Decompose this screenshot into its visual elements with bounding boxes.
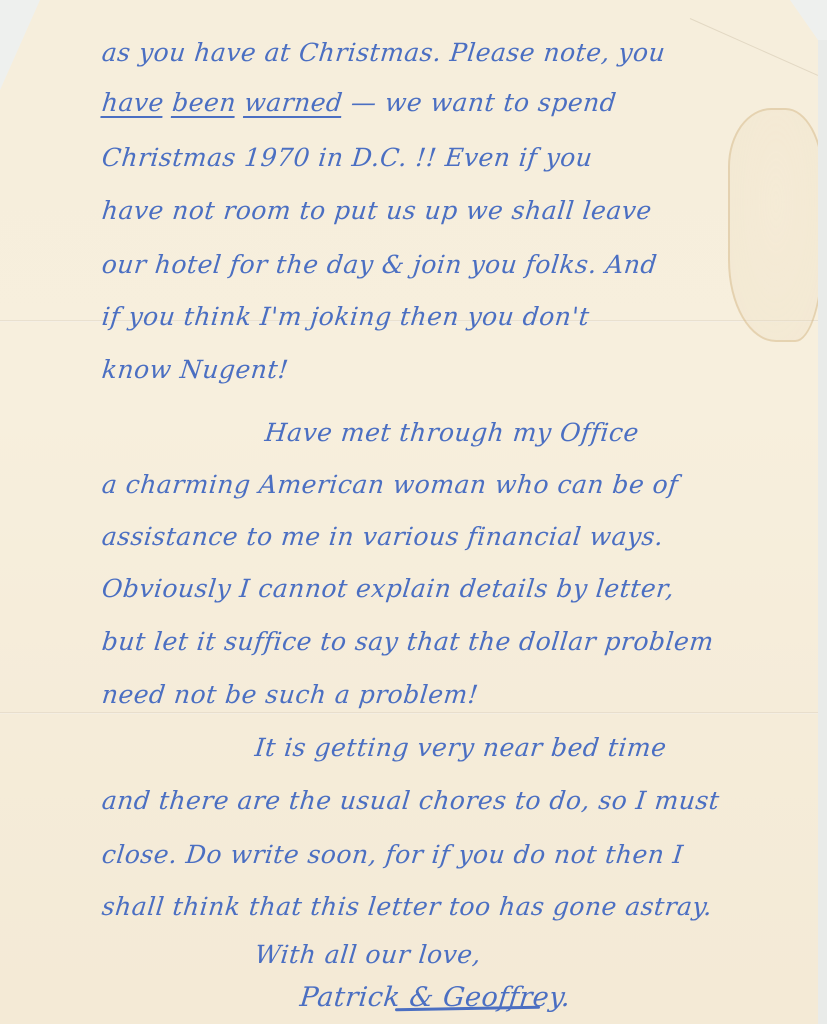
underlined-word-been: been xyxy=(171,88,238,117)
letter-line-3: Christmas 1970 in D.C. !! Even if you xyxy=(100,143,594,172)
fold-line-lower xyxy=(0,712,820,714)
letter-line-4: have not room to put us up we shall leav… xyxy=(100,196,653,225)
letter-line-7: know Nugent! xyxy=(100,355,290,384)
tea-stain xyxy=(728,108,824,342)
letter-line-1: as you have at Christmas. Please note, y… xyxy=(100,38,666,67)
letter-line-5: our hotel for the day & join you folks. … xyxy=(100,250,658,279)
closing-salutation: With all our love, xyxy=(253,940,482,969)
paragraph-2-line-4: Obviously I cannot explain details by le… xyxy=(100,574,675,603)
paragraph-3-line-4: shall think that this letter too has gon… xyxy=(100,892,713,921)
paragraph-3-line-3: close. Do write soon, for if you do not … xyxy=(100,840,684,869)
paragraph-3-line-2: and there are the usual chores to do, so… xyxy=(100,786,721,815)
paragraph-2-line-3: assistance to me in various financial wa… xyxy=(100,522,665,551)
paragraph-3-line-1: It is getting very near bed time xyxy=(253,733,668,762)
paragraph-2-line-5: but let it suffice to say that the dolla… xyxy=(100,627,715,656)
underlined-word-warned: warned xyxy=(243,88,344,117)
letter-page: as you have at Christmas. Please note, y… xyxy=(0,0,820,1024)
scan-background-edge xyxy=(818,40,827,1024)
paragraph-2-line-1: Have met through my Office xyxy=(263,418,640,447)
paragraph-2-line-2: a charming American woman who can be of xyxy=(100,470,679,499)
letter-line-2: have been warned — we want to spend xyxy=(100,88,617,117)
underlined-word-have: have xyxy=(100,88,165,117)
paragraph-2-line-6: need not be such a problem! xyxy=(100,680,479,709)
letter-line-6: if you think I'm joking then you don't xyxy=(100,302,591,331)
corner-crease xyxy=(690,18,818,76)
